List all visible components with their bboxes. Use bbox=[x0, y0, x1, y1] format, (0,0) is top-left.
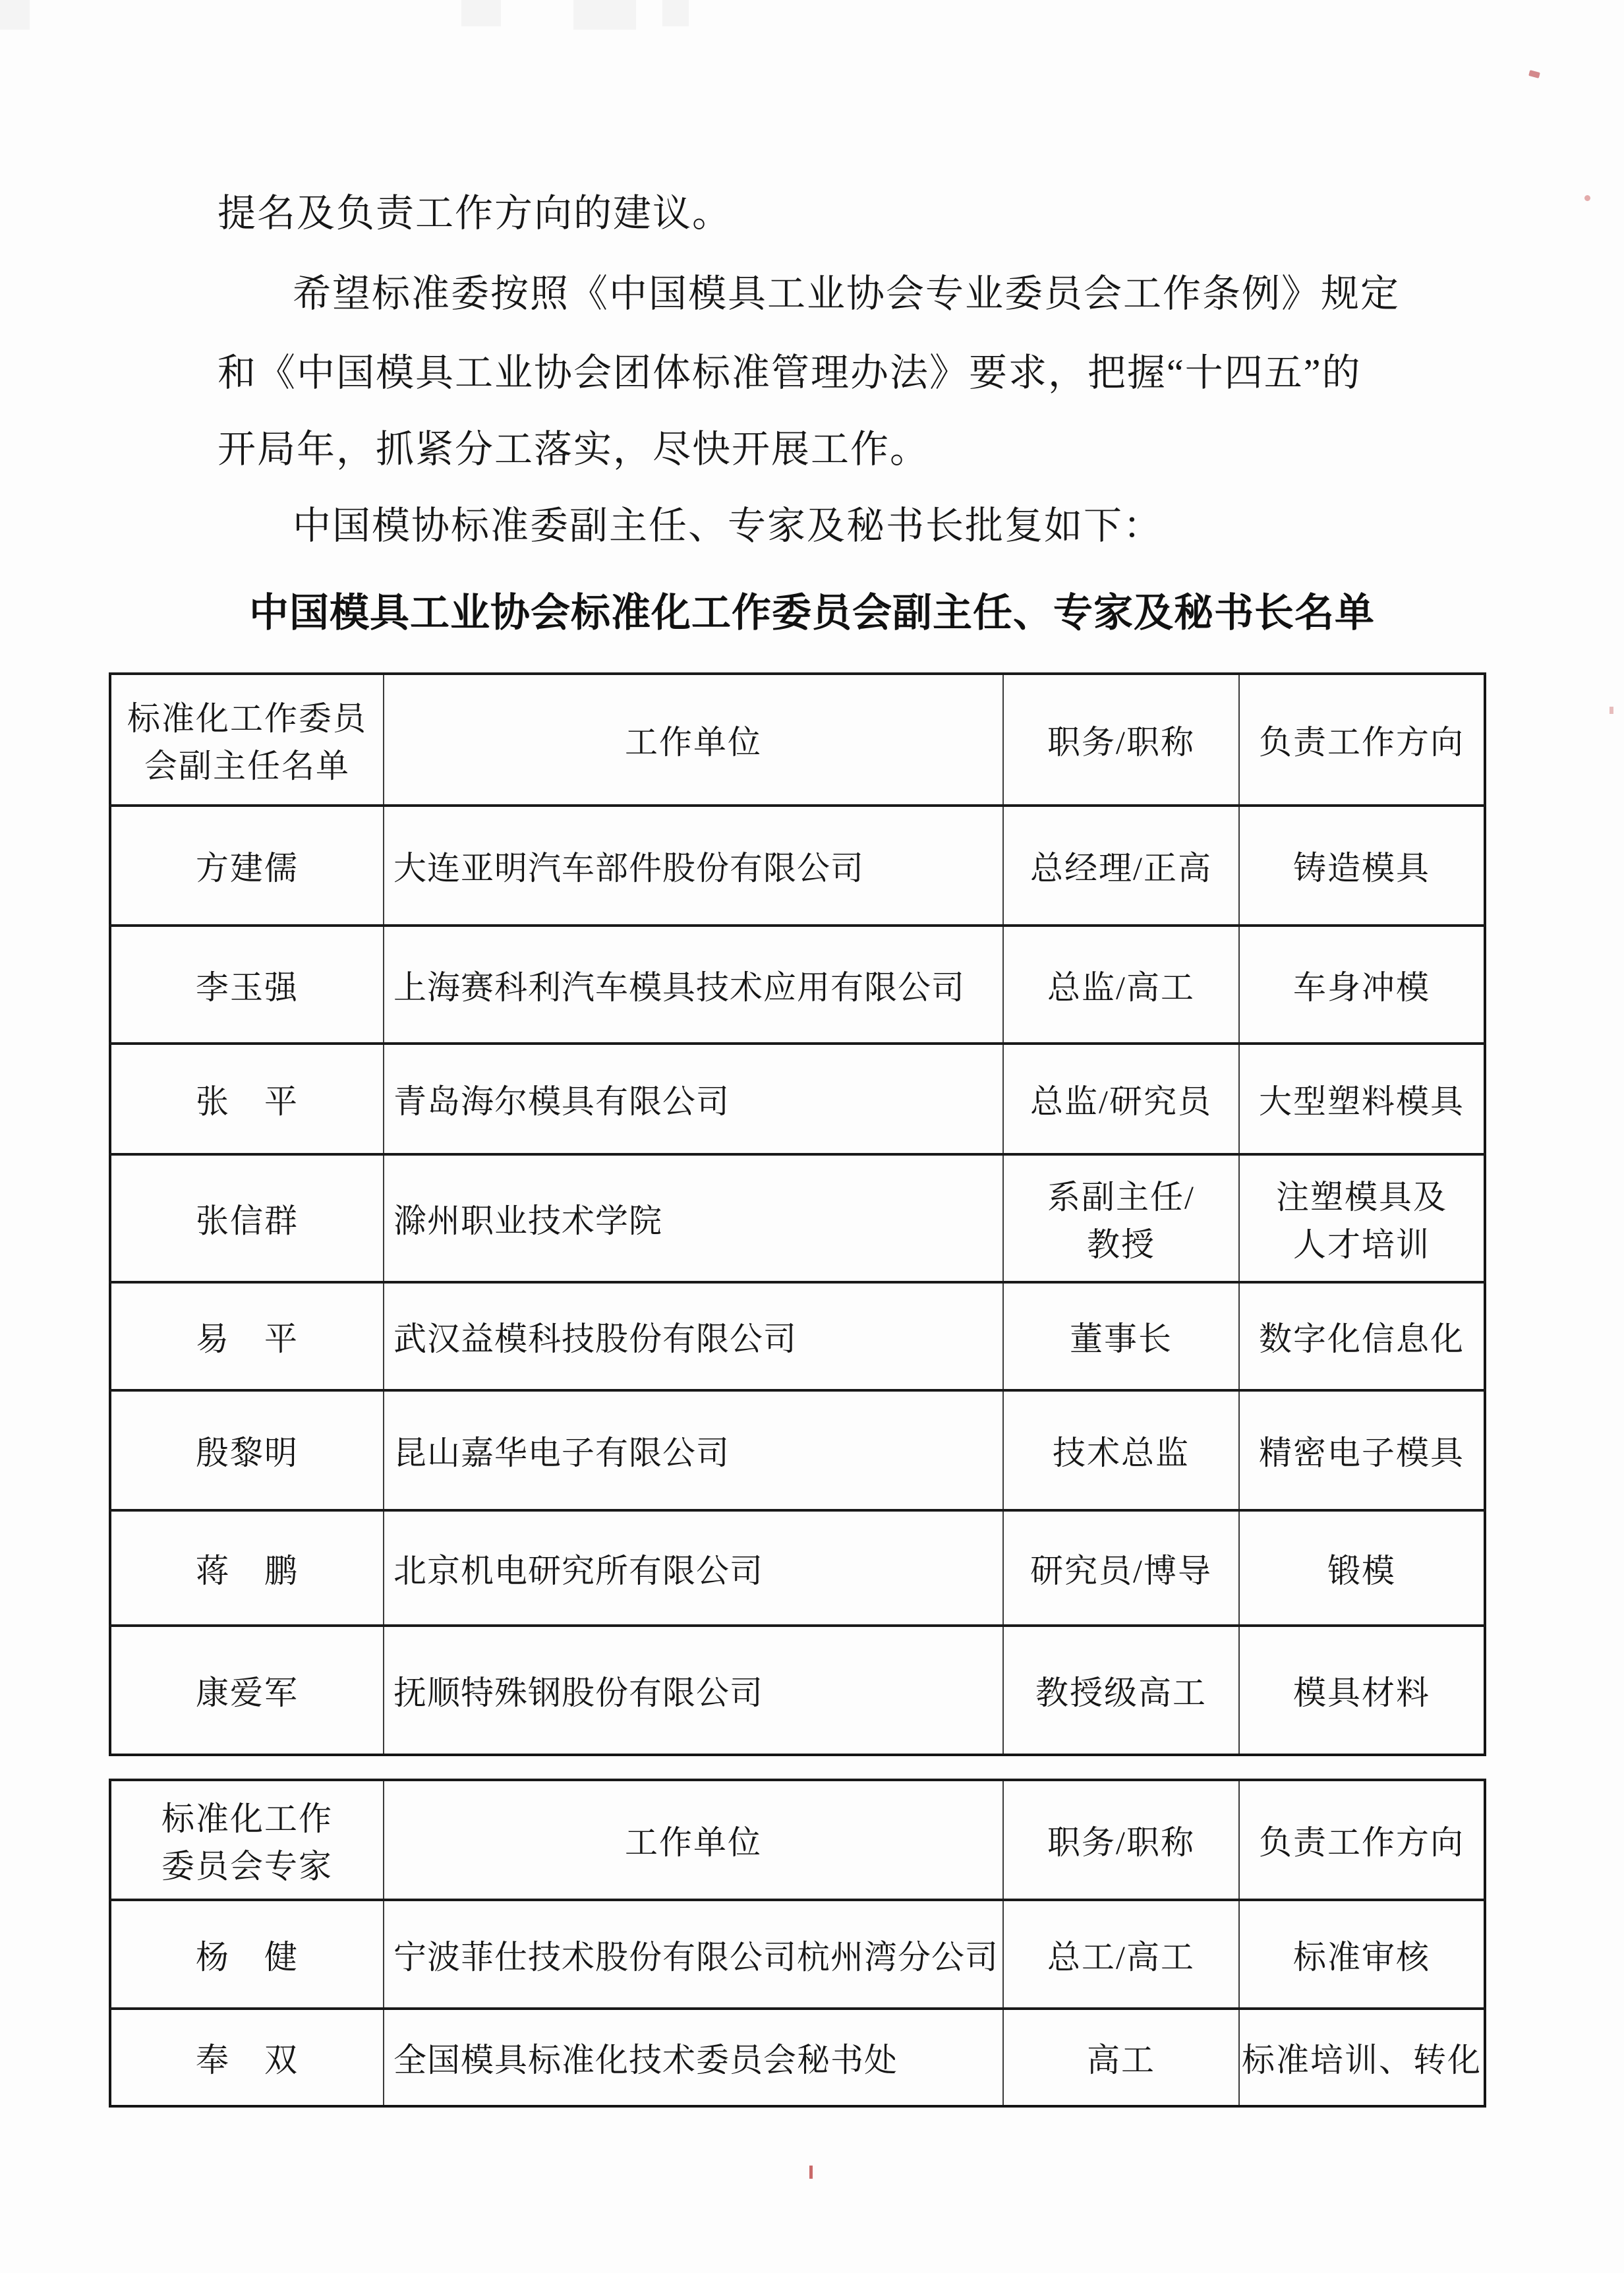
roster-title: 中国模具工业协会标准化工作委员会副主任、专家及秘书长名单 bbox=[0, 581, 1624, 638]
direction-cell: 标准审核 bbox=[1239, 1900, 1485, 2009]
direction-cell: 铸造模具 bbox=[1239, 806, 1485, 926]
member-name-cell: 杨 健 bbox=[110, 1900, 384, 2009]
table-header-row: 标准化工作委员 会副主任名单 工作单位 职务/职称 负责工作方向 bbox=[110, 674, 1485, 806]
member-name-cell: 康爱军 bbox=[110, 1626, 384, 1755]
header-cell-expert-list: 标准化工作 委员会专家 bbox=[110, 1780, 384, 1900]
experts-table: 标准化工作 委员会专家 工作单位 职务/职称 负责工作方向 杨 健 宁波菲仕技术… bbox=[109, 1779, 1486, 2108]
table-row: 奉 双 全国模具标准化技术委员会秘书处 高工 标准培训、转化 bbox=[110, 2009, 1485, 2106]
header-cell-direction: 负责工作方向 bbox=[1239, 1780, 1485, 1900]
scan-smudge bbox=[0, 0, 30, 30]
work-unit-cell: 昆山嘉华电子有限公司 bbox=[384, 1390, 1003, 1510]
scan-artifact bbox=[1609, 707, 1613, 714]
scan-smudge bbox=[662, 0, 689, 26]
table-row: 李玉强 上海赛科利汽车模具技术应用有限公司 总监/高工 车身冲模 bbox=[110, 926, 1485, 1044]
work-unit-cell: 青岛海尔模具有限公司 bbox=[384, 1044, 1003, 1154]
paragraph-line: 希望标准委按照《中国模具工业协会专业委员会工作条例》规定 bbox=[293, 274, 1400, 314]
position-cell: 总监/研究员 bbox=[1003, 1044, 1239, 1154]
header-cell-position: 职务/职称 bbox=[1003, 1780, 1239, 1900]
work-unit-cell: 滁州职业技术学院 bbox=[384, 1154, 1003, 1282]
work-unit-cell: 宁波菲仕技术股份有限公司杭州湾分公司 bbox=[384, 1900, 1003, 2009]
scan-artifact bbox=[1584, 195, 1590, 201]
direction-cell: 车身冲模 bbox=[1239, 926, 1485, 1044]
table-row: 张 平 青岛海尔模具有限公司 总监/研究员 大型塑料模具 bbox=[110, 1044, 1485, 1154]
direction-cell: 注塑模具及 人才培训 bbox=[1239, 1154, 1485, 1282]
position-cell: 总监/高工 bbox=[1003, 926, 1239, 1044]
member-name-cell: 蒋 鹏 bbox=[110, 1510, 384, 1626]
direction-cell: 标准培训、转化 bbox=[1239, 2009, 1485, 2106]
work-unit-cell: 上海赛科利汽车模具技术应用有限公司 bbox=[384, 926, 1003, 1044]
position-cell: 总工/高工 bbox=[1003, 1900, 1239, 2009]
header-cell-work-unit: 工作单位 bbox=[384, 1780, 1003, 1900]
scan-smudge bbox=[573, 0, 636, 30]
header-cell-position: 职务/职称 bbox=[1003, 674, 1239, 806]
position-cell: 董事长 bbox=[1003, 1282, 1239, 1390]
table-row: 方建儒 大连亚明汽车部件股份有限公司 总经理/正高 铸造模具 bbox=[110, 806, 1485, 926]
table-row: 康爱军 抚顺特殊钢股份有限公司 教授级高工 模具材料 bbox=[110, 1626, 1485, 1755]
position-cell: 高工 bbox=[1003, 2009, 1239, 2106]
member-name-cell: 方建儒 bbox=[110, 806, 384, 926]
scan-artifact bbox=[809, 2166, 813, 2179]
scan-artifact bbox=[1528, 70, 1540, 78]
table-row: 蒋 鹏 北京机电研究所有限公司 研究员/博导 锻模 bbox=[110, 1510, 1485, 1626]
member-name-cell: 易 平 bbox=[110, 1282, 384, 1390]
work-unit-cell: 全国模具标准化技术委员会秘书处 bbox=[384, 2009, 1003, 2106]
vice-chairs-table: 标准化工作委员 会副主任名单 工作单位 职务/职称 负责工作方向 方建儒 大连亚… bbox=[109, 672, 1486, 1756]
scan-smudge bbox=[461, 0, 501, 26]
document-page: 提名及负责工作方向的建议。 希望标准委按照《中国模具工业协会专业委员会工作条例》… bbox=[0, 0, 1624, 2273]
paragraph-line: 和《中国模具工业协会团体标准管理办法》要求，把握“十四五”的 bbox=[217, 353, 1362, 394]
position-cell: 研究员/博导 bbox=[1003, 1510, 1239, 1626]
position-cell: 技术总监 bbox=[1003, 1390, 1239, 1510]
direction-cell: 大型塑料模具 bbox=[1239, 1044, 1485, 1154]
member-name-cell: 殷黎明 bbox=[110, 1390, 384, 1510]
member-name-cell: 张信群 bbox=[110, 1154, 384, 1282]
paragraph-line: 开局年，抓紧分工落实，尽快开展工作。 bbox=[217, 430, 929, 470]
work-unit-cell: 抚顺特殊钢股份有限公司 bbox=[384, 1626, 1003, 1755]
header-cell-name-list: 标准化工作委员 会副主任名单 bbox=[110, 674, 384, 806]
work-unit-cell: 北京机电研究所有限公司 bbox=[384, 1510, 1003, 1626]
direction-cell: 数字化信息化 bbox=[1239, 1282, 1485, 1390]
work-unit-cell: 大连亚明汽车部件股份有限公司 bbox=[384, 806, 1003, 926]
work-unit-cell: 武汉益模科技股份有限公司 bbox=[384, 1282, 1003, 1390]
table-row: 易 平 武汉益模科技股份有限公司 董事长 数字化信息化 bbox=[110, 1282, 1485, 1390]
direction-cell: 精密电子模具 bbox=[1239, 1390, 1485, 1510]
paragraph-line: 提名及负责工作方向的建议。 bbox=[217, 194, 732, 234]
paragraph-line: 中国模协标准委副主任、专家及秘书长批复如下： bbox=[293, 506, 1163, 546]
header-cell-direction: 负责工作方向 bbox=[1239, 674, 1485, 806]
member-name-cell: 奉 双 bbox=[110, 2009, 384, 2106]
member-name-cell: 张 平 bbox=[110, 1044, 384, 1154]
position-cell: 教授级高工 bbox=[1003, 1626, 1239, 1755]
table-row: 杨 健 宁波菲仕技术股份有限公司杭州湾分公司 总工/高工 标准审核 bbox=[110, 1900, 1485, 2009]
member-name-cell: 李玉强 bbox=[110, 926, 384, 1044]
direction-cell: 锻模 bbox=[1239, 1510, 1485, 1626]
position-cell: 系副主任/ 教授 bbox=[1003, 1154, 1239, 1282]
direction-cell: 模具材料 bbox=[1239, 1626, 1485, 1755]
table-row: 张信群 滁州职业技术学院 系副主任/ 教授 注塑模具及 人才培训 bbox=[110, 1154, 1485, 1282]
header-cell-work-unit: 工作单位 bbox=[384, 674, 1003, 806]
table-row: 殷黎明 昆山嘉华电子有限公司 技术总监 精密电子模具 bbox=[110, 1390, 1485, 1510]
table-header-row: 标准化工作 委员会专家 工作单位 职务/职称 负责工作方向 bbox=[110, 1780, 1485, 1900]
position-cell: 总经理/正高 bbox=[1003, 806, 1239, 926]
